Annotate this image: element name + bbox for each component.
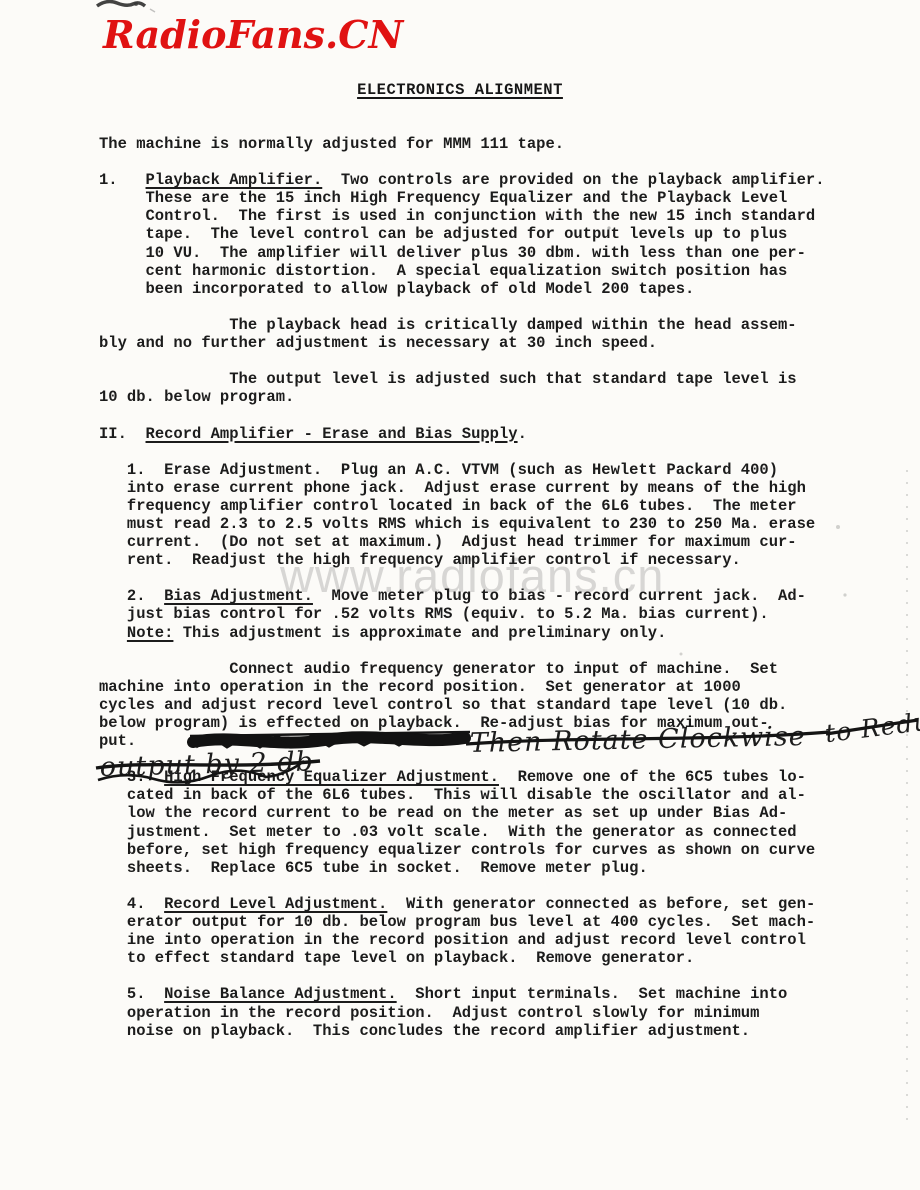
text-line: before, set high frequency equalizer con…	[99, 841, 825, 859]
blank-line	[99, 443, 825, 461]
underlined-heading: Record Amplifier - Erase and Bias Supply	[146, 425, 518, 443]
blank-line	[99, 877, 825, 895]
text-line: just bias control for .52 volts RMS (equ…	[99, 605, 825, 623]
line-text: into erase current phone jack. Adjust er…	[99, 479, 806, 497]
line-text: below program) is effected on playback. …	[99, 714, 769, 732]
line-text: operation in the record position. Adjust…	[99, 1004, 759, 1022]
line-text: 10 VU. The amplifier will deliver plus 3…	[99, 244, 806, 262]
text-line: cated in back of the 6L6 tubes. This wil…	[99, 786, 825, 804]
text-line: These are the 15 inch High Frequency Equ…	[99, 189, 825, 207]
line-text: The output level is adjusted such that s…	[99, 370, 797, 388]
text-line: cent harmonic distortion. A special equa…	[99, 262, 825, 280]
text-line: machine into operation in the record pos…	[99, 678, 825, 696]
line-text: 2.	[99, 587, 164, 605]
line-text: sheets. Replace 6C5 tube in socket. Remo…	[99, 859, 648, 877]
blank-line	[99, 569, 825, 587]
line-text: low the record current to be read on the…	[99, 804, 787, 822]
text-line: II. Record Amplifier - Erase and Bias Su…	[99, 425, 825, 443]
line-text: must read 2.3 to 2.5 volts RMS which is …	[99, 515, 815, 533]
line-text: 10 db. below program.	[99, 388, 294, 406]
line-text: With generator connected as before, set …	[387, 895, 815, 913]
text-line: 1. Playback Amplifier. Two controls are …	[99, 171, 825, 189]
text-line: tape. The level control can be adjusted …	[99, 225, 825, 243]
underlined-heading: Bias Adjustment.	[164, 587, 313, 605]
text-line: The playback head is critically damped w…	[99, 316, 825, 334]
text-line: 5. Noise Balance Adjustment. Short input…	[99, 985, 825, 1003]
underlined-heading: Record Level Adjustment.	[164, 895, 387, 913]
line-text: frequency amplifier control located in b…	[99, 497, 797, 515]
text-line: 10 VU. The amplifier will deliver plus 3…	[99, 244, 825, 262]
underlined-heading: Noise Balance Adjustment.	[164, 985, 397, 1003]
text-line: must read 2.3 to 2.5 volts RMS which is …	[99, 515, 825, 533]
text-line: noise on playback. This concludes the re…	[99, 1022, 825, 1040]
line-text: Control. The first is used in conjunctio…	[99, 207, 815, 225]
line-text	[99, 624, 127, 642]
line-text: just bias control for .52 volts RMS (equ…	[99, 605, 769, 623]
line-text: put.	[99, 732, 136, 750]
line-text: cent harmonic distortion. A special equa…	[99, 262, 787, 280]
text-line: frequency amplifier control located in b…	[99, 497, 825, 515]
text-line: been incorporated to allow playback of o…	[99, 280, 825, 298]
text-line: sheets. Replace 6C5 tube in socket. Remo…	[99, 859, 825, 877]
handwritten-note-2: to Reduce	[823, 703, 920, 748]
text-line: Note: This adjustment is approximate and…	[99, 624, 825, 642]
text-line: current. (Do not set at maximum.) Adjust…	[99, 533, 825, 551]
text-line: Control. The first is used in conjunctio…	[99, 207, 825, 225]
line-text: Move meter plug to bias - record current…	[313, 587, 806, 605]
line-text: rent. Readjust the high frequency amplif…	[99, 551, 741, 569]
text-line: into erase current phone jack. Adjust er…	[99, 479, 825, 497]
text-line: cycles and adjust record level control s…	[99, 696, 825, 714]
line-text: noise on playback. This concludes the re…	[99, 1022, 750, 1040]
underlined-heading: Playback Amplifier.	[146, 171, 323, 189]
line-text: erator output for 10 db. below program b…	[99, 913, 815, 931]
text-line: 4. Record Level Adjustment. With generat…	[99, 895, 825, 913]
blank-line	[99, 298, 825, 316]
text-line: bly and no further adjustment is necessa…	[99, 334, 825, 352]
line-text: 1.	[99, 171, 146, 189]
blank-line	[99, 406, 825, 424]
blank-line	[99, 967, 825, 985]
blank-line	[99, 352, 825, 370]
line-text: tape. The level control can be adjusted …	[99, 225, 787, 243]
text-line: erator output for 10 db. below program b…	[99, 913, 825, 931]
line-text: bly and no further adjustment is necessa…	[99, 334, 657, 352]
line-text: ine into operation in the record positio…	[99, 931, 806, 949]
line-text: Short input terminals. Set machine into	[397, 985, 788, 1003]
line-text: to effect standard tape level on playbac…	[99, 949, 694, 967]
text-line: The output level is adjusted such that s…	[99, 370, 825, 388]
line-text: 3.	[99, 768, 164, 786]
line-text: Remove one of the 6C5 tubes lo-	[499, 768, 806, 786]
line-text: 4.	[99, 895, 164, 913]
text-line: below program) is effected on playback. …	[99, 714, 825, 732]
line-text: 5.	[99, 985, 164, 1003]
line-text: before, set high frequency equalizer con…	[99, 841, 815, 859]
svg-text:to Reduce: to Reduce	[823, 703, 920, 748]
strike-line-2	[826, 720, 918, 734]
document-body: The machine is normally adjusted for MMM…	[0, 0, 825, 1040]
line-text: These are the 15 inch High Frequency Equ…	[99, 189, 787, 207]
text-line: ine into operation in the record positio…	[99, 931, 825, 949]
text-line: The machine is normally adjusted for MMM…	[99, 135, 825, 153]
text-line: 3. High Frequency Equalizer Adjustment. …	[99, 768, 825, 786]
text-line: put.	[99, 732, 825, 750]
line-text: Two controls are provided on the playbac…	[322, 171, 824, 189]
blank-line	[99, 153, 825, 171]
line-text: cycles and adjust record level control s…	[99, 696, 787, 714]
line-text: Connect audio frequency generator to inp…	[99, 660, 778, 678]
text-line: rent. Readjust the high frequency amplif…	[99, 551, 825, 569]
line-text: II.	[99, 425, 146, 443]
line-text: been incorporated to allow playback of o…	[99, 280, 694, 298]
text-line: 2. Bias Adjustment. Move meter plug to b…	[99, 587, 825, 605]
line-text: This adjustment is approximate and preli…	[173, 624, 666, 642]
line-text: 1. Erase Adjustment. Plug an A.C. VTVM (…	[99, 461, 778, 479]
text-line: operation in the record position. Adjust…	[99, 1004, 825, 1022]
line-text: The playback head is critically damped w…	[99, 316, 797, 334]
blank-line	[99, 750, 825, 768]
line-text: current. (Do not set at maximum.) Adjust…	[99, 533, 797, 551]
text-line: Connect audio frequency generator to inp…	[99, 660, 825, 678]
line-text: The machine is normally adjusted for MMM…	[99, 135, 564, 153]
text-line: 1. Erase Adjustment. Plug an A.C. VTVM (…	[99, 461, 825, 479]
text-line: low the record current to be read on the…	[99, 804, 825, 822]
line-text: cated in back of the 6L6 tubes. This wil…	[99, 786, 806, 804]
text-line: to effect standard tape level on playbac…	[99, 949, 825, 967]
scanned-document-page: RadioFans.CN ELECTRONICS ALIGNMENT www.r…	[0, 0, 920, 1190]
text-line: 10 db. below program.	[99, 388, 825, 406]
line-text: machine into operation in the record pos…	[99, 678, 741, 696]
underlined-heading: Note:	[127, 624, 174, 642]
line-text: justment. Set meter to .03 volt scale. W…	[99, 823, 797, 841]
line-text: .	[518, 425, 527, 443]
underlined-heading: High Frequency Equalizer Adjustment.	[164, 768, 499, 786]
blank-line	[99, 642, 825, 660]
text-line: justment. Set meter to .03 volt scale. W…	[99, 823, 825, 841]
